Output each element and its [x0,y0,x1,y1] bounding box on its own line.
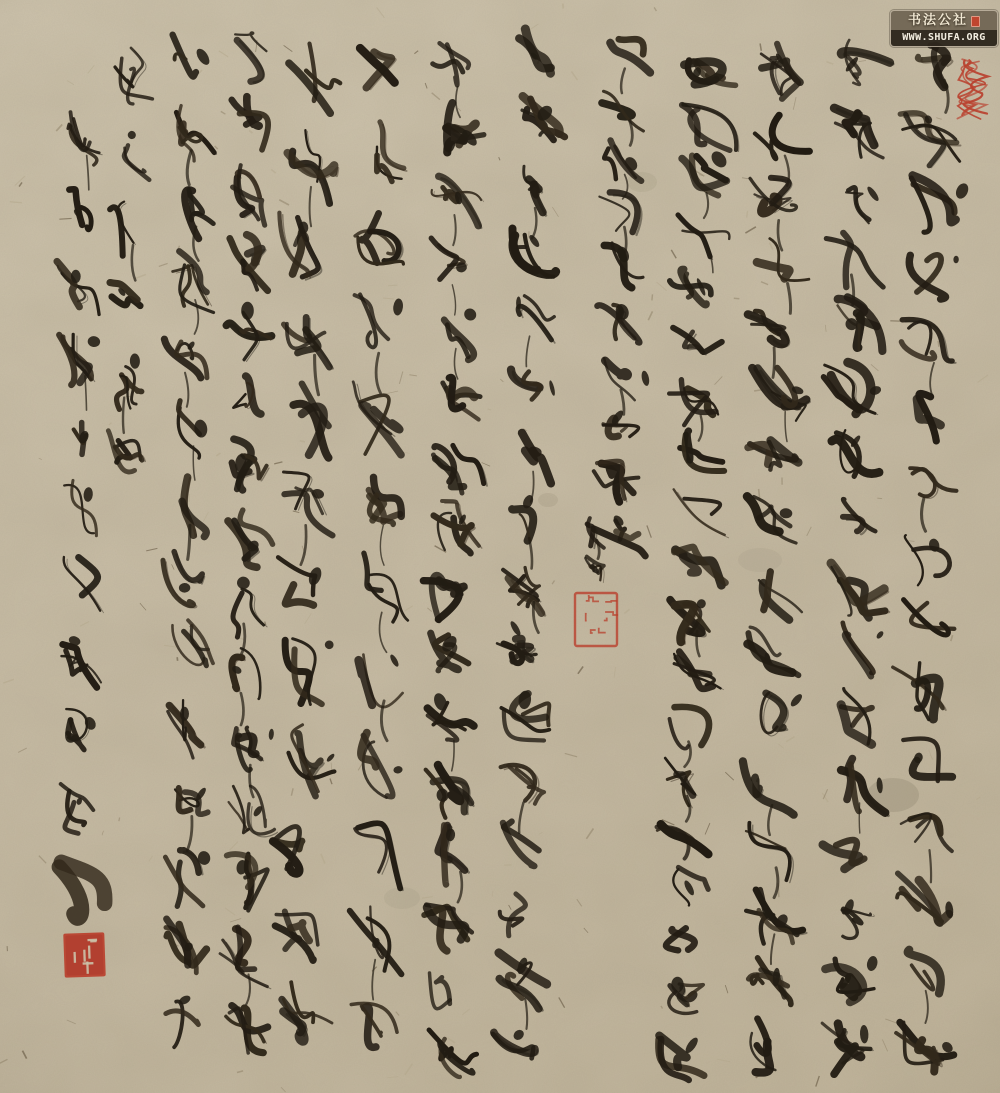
calligraphy-column [423,43,487,1077]
calligraphy-column [57,112,104,833]
calligraphy-column [822,40,893,1074]
calligraphy-column [893,46,971,1072]
watermark-seal-icon [971,16,980,27]
calligraphy-column [493,29,565,1058]
calligraphy-column [108,48,152,472]
artist-seal [63,932,106,977]
header-seal [957,59,988,119]
calligraphy-column [273,44,340,1043]
calligraphy-column [585,518,604,583]
calligraphy-column [657,60,739,1080]
watermark-title-row: 书法公社 [891,11,997,30]
watermark-site-name: 书法公社 [908,14,968,28]
collector-seal [575,593,618,646]
calligraphy-column [220,32,277,1053]
calligraphy-sheet: 书法公社 WWW.SHUFA.ORG [0,0,1000,1093]
calligraphy-column [594,39,651,556]
site-watermark: 书法公社 WWW.SHUFA.ORG [890,10,998,47]
calligraphy-column [59,862,105,918]
watermark-site-url: WWW.SHUFA.ORG [891,30,997,46]
ink-artwork [0,0,1000,1093]
calligraphy-column [163,35,216,1047]
paper-fibers [0,4,988,1092]
